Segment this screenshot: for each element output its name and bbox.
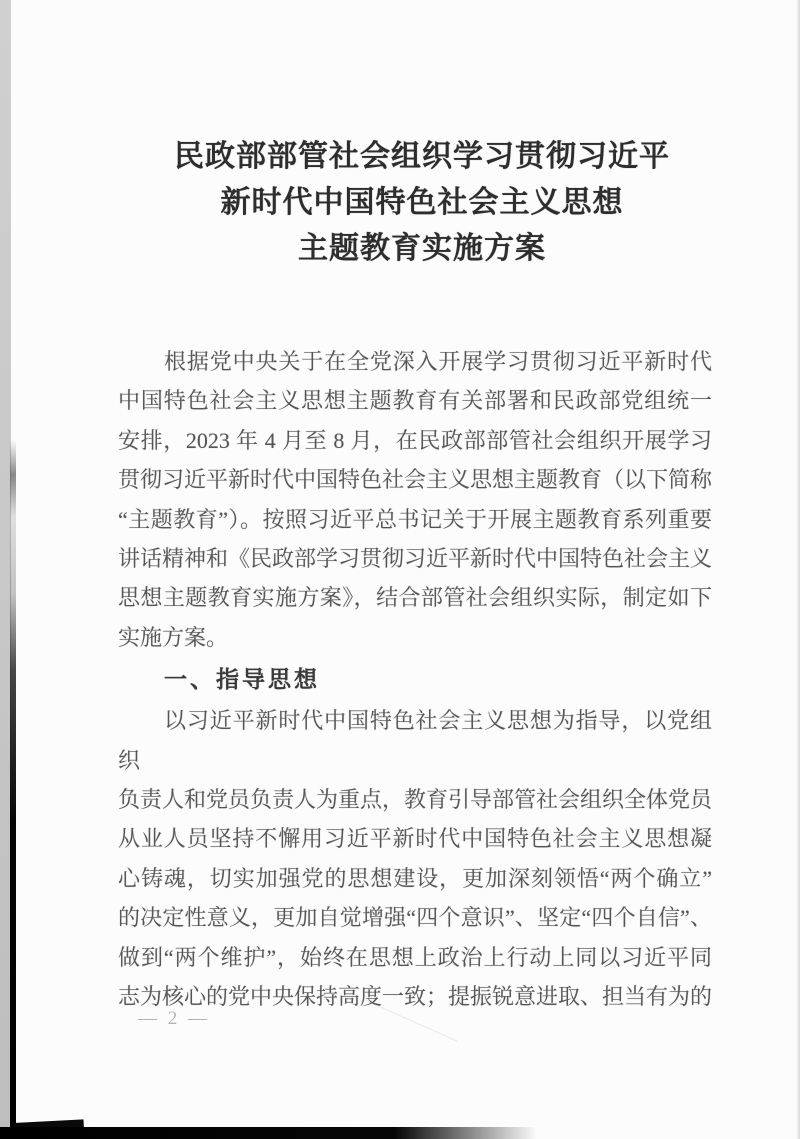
intro-line: 安排，2023 年 4 月至 8 月，在民政部部管社会组织开展学习 [118, 421, 712, 460]
intro-line: 中国特色社会主义思想主题教育有关部署和民政部党组统一 [118, 381, 712, 420]
paper-bottom-edge-shadow [0, 1127, 548, 1139]
book-spine-shadow [10, 440, 16, 1139]
intro-line: 贯彻习近平新时代中国特色社会主义思想主题教育（以下简称 [118, 460, 712, 499]
section-line: 从业人员坚持不懈用习近平新时代中国特色社会主义思想凝 [118, 819, 712, 858]
section-heading-guiding-ideology: 一、指导思想 [118, 657, 712, 701]
intro-line: 根据党中央关于在全党深入开展学习贯彻习近平新时代 [118, 342, 712, 381]
intro-line: 实施方案。 [118, 618, 712, 657]
document-body: 根据党中央关于在全党深入开展学习贯彻习近平新时代 中国特色社会主义思想主题教育有… [118, 342, 712, 1017]
title-line-2: 新时代中国特色社会主义思想 [132, 180, 712, 226]
intro-line: “主题教育”）。按照习近平总书记关于开展主题教育系列重要 [118, 500, 712, 539]
document-content: 民政部部管社会组织学习贯彻习近平 新时代中国特色社会主义思想 主题教育实施方案 … [118, 0, 712, 1017]
intro-line: 讲话精神和《民政部学习贯彻习近平新时代中国特色社会主义 [118, 539, 712, 578]
section-line: 做到“两个维护”，始终在思想上政治上行动上同以习近平同 [118, 938, 712, 977]
page-number: — 2 — [138, 1007, 210, 1031]
title-line-3: 主题教育实施方案 [132, 226, 712, 272]
paper-right-edge-shadow [796, 0, 800, 1139]
section-line: 心铸魂，切实加强党的思想建设，更加深刻领悟“两个确立” [118, 859, 712, 898]
intro-line: 思想主题教育实施方案》，结合部管社会组织实际，制定如下 [118, 578, 712, 617]
document-title: 民政部部管社会组织学习贯彻习近平 新时代中国特色社会主义思想 主题教育实施方案 [118, 134, 712, 272]
section-line: 负责人和党员负责人为重点，教育引导部管社会组织全体党员 [118, 780, 712, 819]
title-line-1: 民政部部管社会组织学习贯彻习近平 [132, 134, 712, 180]
section-line: 的决定性意义，更加自觉增强“四个意识”、坚定“四个自信”、 [118, 898, 712, 937]
section-line: 以习近平新时代中国特色社会主义思想为指导，以党组织 [118, 701, 712, 780]
scanned-document-page: 民政部部管社会组织学习贯彻习近平 新时代中国特色社会主义思想 主题教育实施方案 … [0, 0, 800, 1139]
